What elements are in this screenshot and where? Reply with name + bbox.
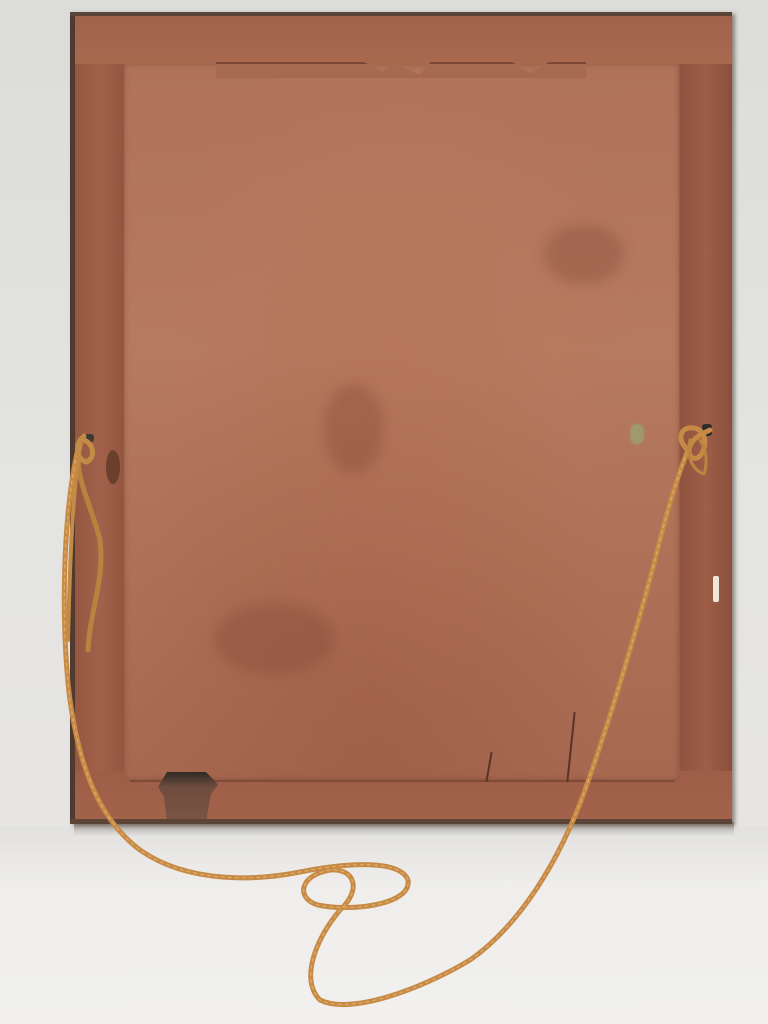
hanging-cord [0,0,768,1024]
